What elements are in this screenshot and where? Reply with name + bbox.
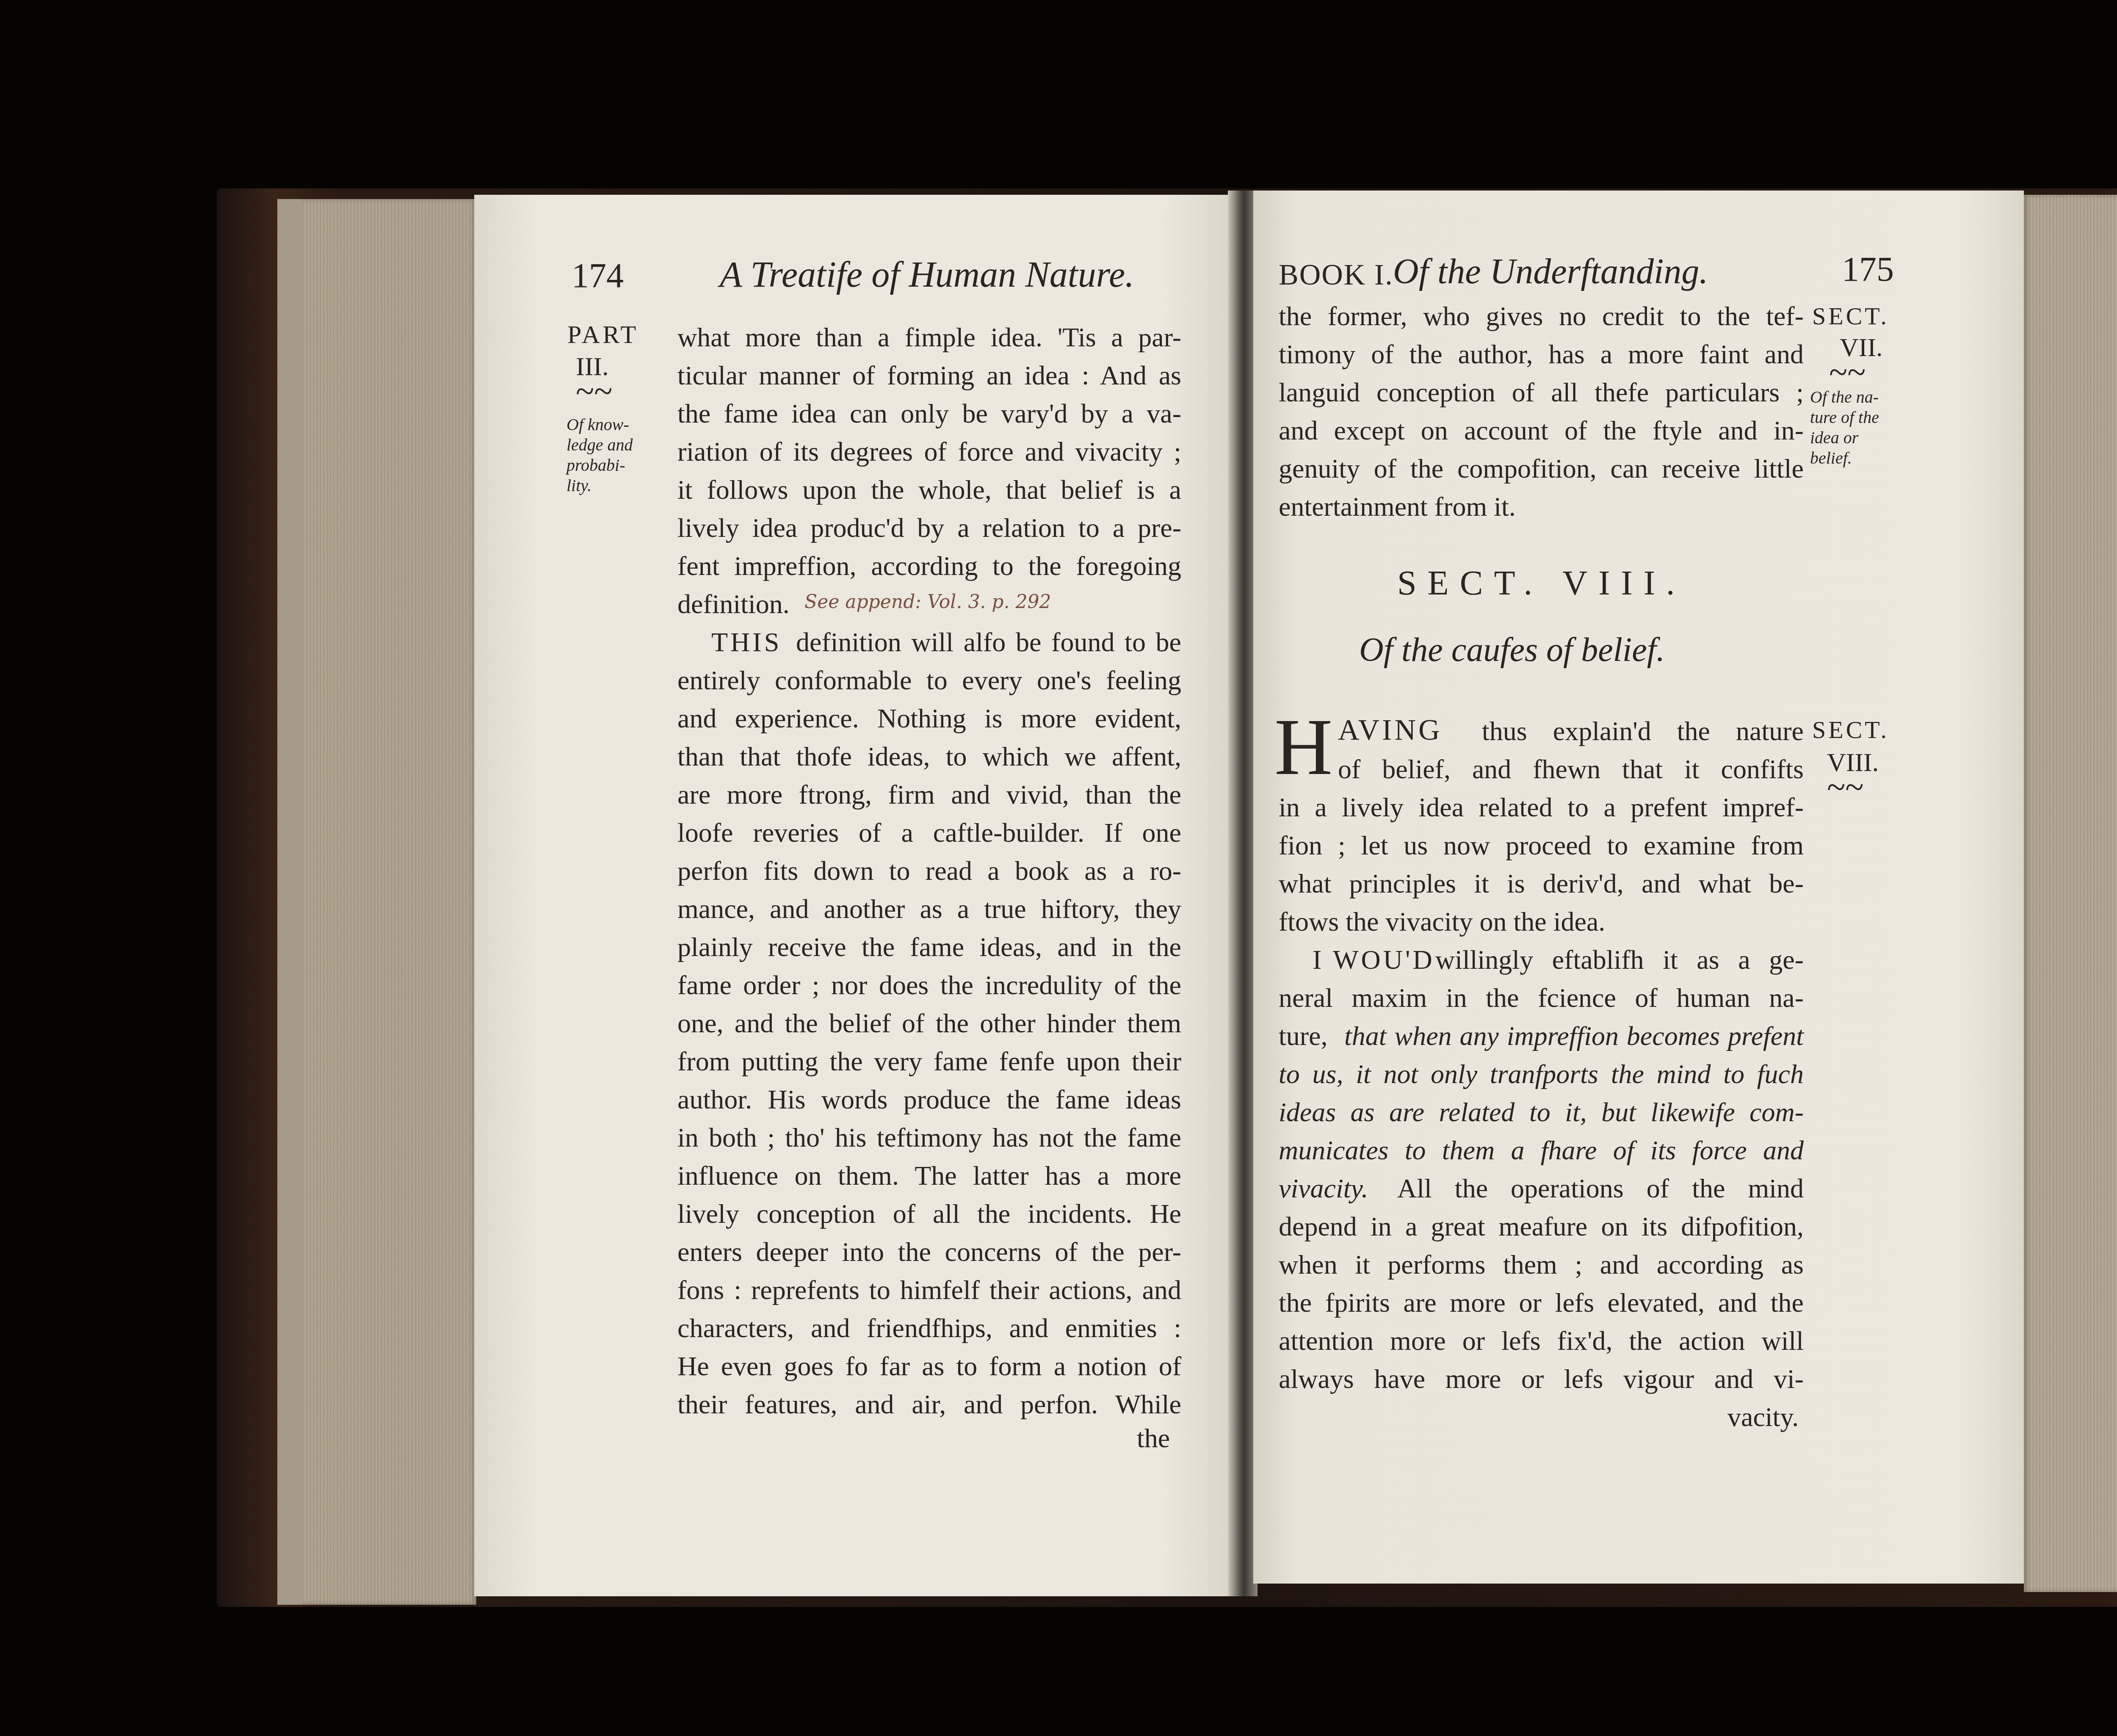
text-line: fame order ; nor does the incredulity of… bbox=[677, 972, 1181, 999]
ornament-swash-icon: ~~ bbox=[1829, 356, 1866, 390]
text-line: influence on them. The latter has a more bbox=[677, 1162, 1181, 1189]
right-running-title: Of the Underftanding. bbox=[1393, 254, 1708, 290]
right-page: BOOK I. Of the Underftanding. 175 the fo… bbox=[1253, 191, 2024, 1584]
margin-subject-line: lity. bbox=[567, 476, 591, 495]
text-line: perfon fits down to read a book as a ro- bbox=[677, 857, 1181, 885]
paragraph-lead: I WOU'D bbox=[1313, 946, 1435, 973]
text-line: mance, and another as a true hiftory, th… bbox=[677, 896, 1181, 923]
text-line: of belief, and fhewn that it confifts bbox=[1338, 756, 1804, 783]
ornament-swash-icon: ~~ bbox=[1827, 771, 1864, 804]
text-line: definition will alfo be found to be bbox=[796, 629, 1181, 656]
text-line: languid conception of all thefe particul… bbox=[1279, 379, 1804, 406]
text-line: ftows the vivacity on the idea. bbox=[1279, 908, 1605, 935]
paragraph-lead: AVING bbox=[1338, 716, 1443, 745]
text-line: and experience. Nothing is more evident, bbox=[677, 705, 1181, 732]
margin-subject-line: Of the na- bbox=[1810, 387, 1879, 407]
left-running-title: A Treatife of Human Nature. bbox=[720, 256, 1134, 293]
text-line: genuity of the compofition, can receive … bbox=[1279, 455, 1804, 482]
italic-text-line: municates to them a fhare of its force a… bbox=[1279, 1137, 1804, 1164]
text-line: from putting the very fame fenfe upon th… bbox=[677, 1048, 1181, 1075]
paragraph-lead: THIS bbox=[711, 629, 782, 656]
left-page-number: 174 bbox=[572, 258, 624, 293]
text-line: plainly receive the fame ideas, and in t… bbox=[677, 934, 1181, 961]
section-subtitle: Of the caufes of belief. bbox=[1359, 631, 1665, 669]
text-line: neral maxim in the fcience of human na- bbox=[1279, 984, 1804, 1012]
text-line: what principles it is deriv'd, and what … bbox=[1279, 870, 1804, 897]
margin-subject-line: ledge and bbox=[567, 435, 633, 455]
text-line: fons : reprefents to himfelf their actio… bbox=[677, 1277, 1181, 1304]
text-line: lively idea produc'd by a relation to a … bbox=[677, 514, 1181, 542]
text-line: when it performs them ; and according as bbox=[1279, 1251, 1804, 1278]
text-line: entirely conformable to every one's feel… bbox=[677, 667, 1181, 694]
text-line: fion ; let us now proceed to examine fro… bbox=[1279, 832, 1804, 859]
text-line: depend in a great meafure on its difpofi… bbox=[1279, 1213, 1804, 1240]
left-flyleaf bbox=[277, 199, 303, 1605]
text-line: the former, who gives no credit to the t… bbox=[1279, 303, 1804, 330]
text-line: willingly eftablifh it as a ge- bbox=[1435, 946, 1804, 973]
margin-subject-line: probabi- bbox=[567, 456, 625, 475]
handwritten-annotation: See append: Vol. 3. p. 292 bbox=[804, 593, 1051, 611]
margin-subject-line: belief. bbox=[1810, 448, 1852, 468]
right-page-edges bbox=[2024, 195, 2117, 1592]
section-heading: SECT. VIII. bbox=[1397, 563, 1686, 603]
text-line: in both ; tho' his teftimony has not the… bbox=[677, 1124, 1181, 1151]
text-line: loofe reveries of a caftle-builder. If o… bbox=[677, 819, 1181, 846]
text-line: it follows upon the whole, that belief i… bbox=[677, 476, 1181, 503]
text-line: always have more or lefs vigour and vi- bbox=[1279, 1366, 1804, 1393]
text-line: fent impreffion, according to the forego… bbox=[677, 553, 1181, 580]
margin-subject-line: idea or bbox=[1810, 428, 1858, 448]
text-line: thus explain'd the nature bbox=[1482, 718, 1804, 745]
text-line: enters deeper into the concerns of the p… bbox=[677, 1238, 1181, 1266]
text-line: one, and the belief of the other hinder … bbox=[677, 1010, 1181, 1037]
text-line: timony of the author, has a more faint a… bbox=[1279, 341, 1804, 368]
italic-text-line: that when any impreffion becomes prefent bbox=[1344, 1023, 1804, 1050]
text-line: lively conception of all the incidents. … bbox=[677, 1200, 1181, 1227]
italic-text-line: ideas as are related to it, but likewife… bbox=[1279, 1099, 1804, 1126]
text-line: entertainment from it. bbox=[1279, 493, 1516, 520]
text-line: He even goes fo far as to form a notion … bbox=[677, 1353, 1181, 1380]
text-line: the fpirits are more or lefs elevated, a… bbox=[1279, 1289, 1804, 1316]
text-line: than that thofe ideas, to which we affen… bbox=[677, 743, 1181, 770]
text-line: attention more or lefs fix'd, the action… bbox=[1279, 1327, 1804, 1355]
text-line: the fame idea can only be vary'd by a va… bbox=[677, 400, 1181, 427]
text-line: author. His words produce the fame ideas bbox=[677, 1086, 1181, 1113]
text-line: in a lively idea related to a prefent im… bbox=[1279, 794, 1804, 821]
right-running-book: BOOK I. bbox=[1279, 260, 1393, 290]
italic-text-line: vivacity. bbox=[1279, 1175, 1368, 1202]
text-line: riation of its degrees of force and viva… bbox=[677, 438, 1181, 465]
text-line: and except on account of the ftyle and i… bbox=[1279, 417, 1804, 444]
text-line: ticular manner of forming an idea : And … bbox=[677, 362, 1181, 389]
margin-subject-line: ture of the bbox=[1810, 408, 1879, 427]
text-line: ture, bbox=[1279, 1023, 1328, 1050]
margin-subject-line: Of know- bbox=[567, 415, 629, 434]
left-page-edges bbox=[277, 199, 476, 1605]
text-line: vacity. bbox=[1727, 1404, 1799, 1431]
text-line: are more ftrong, firm and vivid, than th… bbox=[677, 781, 1181, 808]
catchword: the bbox=[1137, 1425, 1170, 1452]
text-line: definition. bbox=[677, 591, 790, 618]
italic-text-line: to us, it not only tranfports the mind t… bbox=[1279, 1061, 1804, 1088]
text-line: All the operations of the mind bbox=[1397, 1175, 1804, 1202]
drop-cap: H bbox=[1274, 707, 1332, 788]
text-line: their features, and air, and perfon. Whi… bbox=[677, 1391, 1181, 1418]
right-page-number: 175 bbox=[1842, 252, 1894, 287]
ornament-swash-icon: ~~ bbox=[576, 375, 613, 409]
text-line: characters, and friendfhips, and enmitie… bbox=[677, 1315, 1181, 1342]
margin-sect-label: SECT. bbox=[1812, 304, 1889, 329]
margin-sect-label: SECT. bbox=[1812, 718, 1889, 742]
left-page: 174 A Treatife of Human Nature. PART III… bbox=[474, 195, 1236, 1596]
text-line: what more than a fimple idea. 'Tis a par… bbox=[677, 324, 1181, 351]
margin-part-label: PART bbox=[567, 322, 638, 347]
